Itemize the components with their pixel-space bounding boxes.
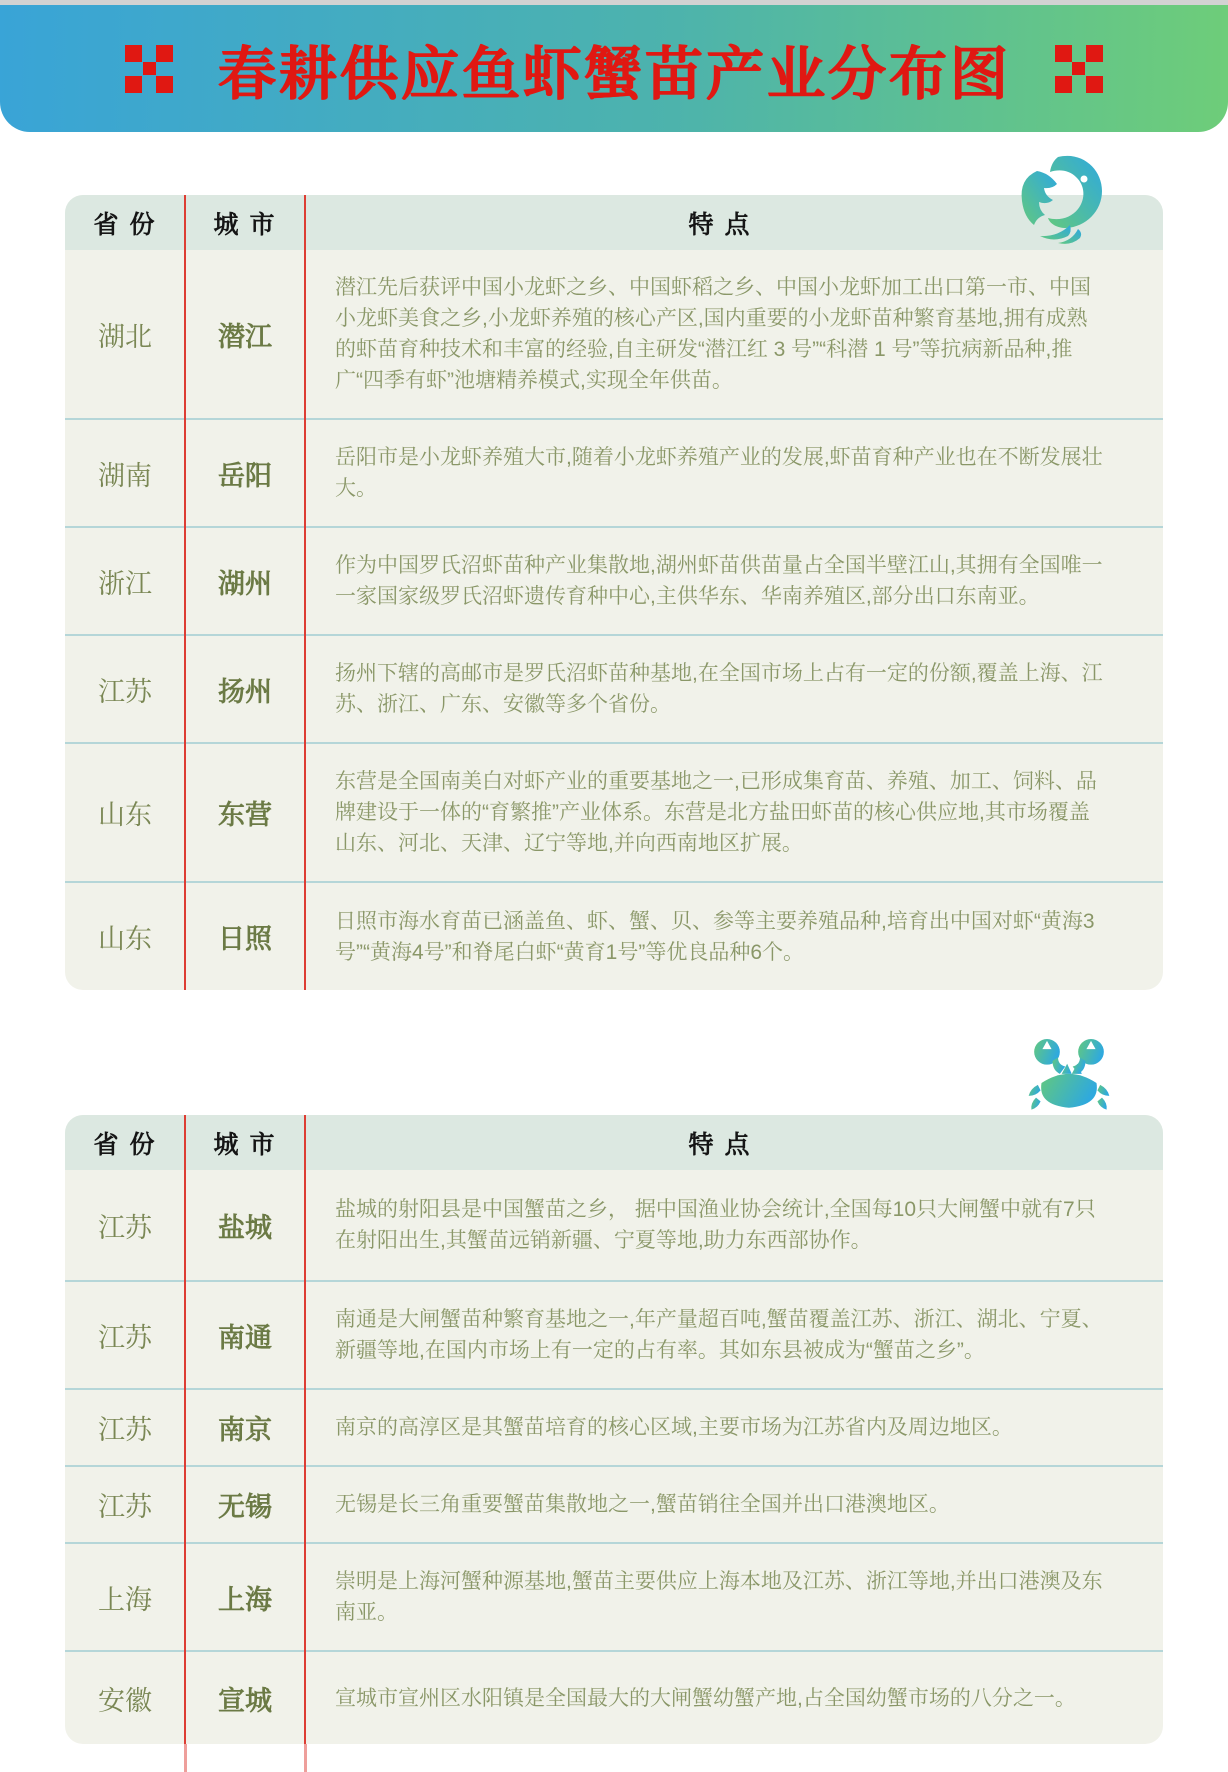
page-title: 春耕供应鱼虾蟹苗产业分布图	[217, 27, 1010, 111]
feature-cell: 作为中国罗氏沼虾苗种产业集散地,湖州虾苗供苗量占全国半壁江山,其拥有全国唯一一家…	[305, 528, 1163, 634]
feature-cell: 宣城市宣州区水阳镇是全国最大的大闸蟹幼蟹产地,占全国幼蟹市场的八分之一。	[305, 1652, 1163, 1744]
province-cell: 江苏	[65, 636, 185, 742]
dice-five-icon	[1055, 45, 1103, 93]
table-row: 江苏 扬州 扬州下辖的高邮市是罗氏沼虾苗种基地,在全国市场上占有一定的份额,覆盖…	[65, 634, 1163, 742]
province-cell: 浙江	[65, 528, 185, 634]
table-row: 浙江 湖州 作为中国罗氏沼虾苗种产业集散地,湖州虾苗供苗量占全国半壁江山,其拥有…	[65, 526, 1163, 634]
feature-cell: 东营是全国南美白对虾产业的重要基地之一,已形成集育苗、养殖、加工、饲料、品牌建设…	[305, 744, 1163, 881]
city-cell: 日照	[185, 883, 305, 990]
red-line-stub	[184, 1744, 187, 1772]
shrimp-table-section: 省 份 城 市 特 点 湖北 潜江 潜江先后获评中国小龙虾之乡、中国虾稻之乡、中…	[65, 195, 1163, 990]
red-line-stub	[304, 1744, 307, 1772]
title-banner: 春耕供应鱼虾蟹苗产业分布图	[0, 5, 1228, 132]
city-cell: 南通	[185, 1282, 305, 1388]
header-city: 城 市	[185, 195, 305, 250]
crab-table-section: 省 份 城 市 特 点 江苏 盐城 盐城的射阳县是中国蟹苗之乡， 据中国渔业协会…	[65, 1115, 1163, 1744]
shrimp-icon	[1012, 149, 1108, 245]
province-cell: 湖南	[65, 420, 185, 526]
city-cell: 南京	[185, 1390, 305, 1465]
feature-cell: 南京的高淳区是其蟹苗培育的核心区域,主要市场为江苏省内及周边地区。	[305, 1390, 1163, 1465]
crab-icon	[1025, 1027, 1113, 1117]
infographic-page: 春耕供应鱼虾蟹苗产业分布图	[0, 0, 1228, 1744]
feature-cell: 崇明是上海河蟹种源基地,蟹苗主要供应上海本地及江苏、浙江等地,并出口港澳及东南亚…	[305, 1544, 1163, 1650]
table-header-row: 省 份 城 市 特 点	[65, 1115, 1163, 1170]
table-row: 江苏 南京 南京的高淳区是其蟹苗培育的核心区域,主要市场为江苏省内及周边地区。	[65, 1388, 1163, 1465]
crab-table: 省 份 城 市 特 点 江苏 盐城 盐城的射阳县是中国蟹苗之乡， 据中国渔业协会…	[65, 1115, 1163, 1744]
table-row: 江苏 南通 南通是大闸蟹苗种繁育基地之一,年产量超百吨,蟹苗覆盖江苏、浙江、湖北…	[65, 1280, 1163, 1388]
city-cell: 扬州	[185, 636, 305, 742]
red-column-divider	[184, 195, 186, 990]
feature-cell: 扬州下辖的高邮市是罗氏沼虾苗种基地,在全国市场上占有一定的份额,覆盖上海、江苏、…	[305, 636, 1163, 742]
province-cell: 江苏	[65, 1282, 185, 1388]
table-row: 山东 日照 日照市海水育苗已涵盖鱼、虾、蟹、贝、参等主要养殖品种,培育出中国对虾…	[65, 881, 1163, 990]
table-row: 江苏 无锡 无锡是长三角重要蟹苗集散地之一,蟹苗销往全国并出口港澳地区。	[65, 1465, 1163, 1542]
city-cell: 盐城	[185, 1170, 305, 1280]
feature-cell: 盐城的射阳县是中国蟹苗之乡， 据中国渔业协会统计,全国每10只大闸蟹中就有7只在…	[305, 1170, 1163, 1280]
province-cell: 江苏	[65, 1467, 185, 1542]
header-province: 省 份	[65, 1115, 185, 1170]
city-cell: 潜江	[185, 250, 305, 418]
shrimp-table: 省 份 城 市 特 点 湖北 潜江 潜江先后获评中国小龙虾之乡、中国虾稻之乡、中…	[65, 195, 1163, 990]
red-column-divider	[304, 1115, 306, 1744]
feature-cell: 无锡是长三角重要蟹苗集散地之一,蟹苗销往全国并出口港澳地区。	[305, 1467, 1163, 1542]
feature-cell: 南通是大闸蟹苗种繁育基地之一,年产量超百吨,蟹苗覆盖江苏、浙江、湖北、宁夏、新疆…	[305, 1282, 1163, 1388]
feature-cell: 岳阳市是小龙虾养殖大市,随着小龙虾养殖产业的发展,虾苗育种产业也在不断发展壮大。	[305, 420, 1163, 526]
city-cell: 岳阳	[185, 420, 305, 526]
city-cell: 湖州	[185, 528, 305, 634]
table-row: 湖北 潜江 潜江先后获评中国小龙虾之乡、中国虾稻之乡、中国小龙虾加工出口第一市、…	[65, 250, 1163, 418]
red-column-divider	[304, 195, 306, 990]
table-row: 湖南 岳阳 岳阳市是小龙虾养殖大市,随着小龙虾养殖产业的发展,虾苗育种产业也在不…	[65, 418, 1163, 526]
city-cell: 东营	[185, 744, 305, 881]
table-row: 上海 上海 崇明是上海河蟹种源基地,蟹苗主要供应上海本地及江苏、浙江等地,并出口…	[65, 1542, 1163, 1650]
header-province: 省 份	[65, 195, 185, 250]
feature-cell: 日照市海水育苗已涵盖鱼、虾、蟹、贝、参等主要养殖品种,培育出中国对虾“黄海3号”…	[305, 883, 1163, 990]
province-cell: 江苏	[65, 1390, 185, 1465]
province-cell: 山东	[65, 744, 185, 881]
city-cell: 宣城	[185, 1652, 305, 1744]
province-cell: 安徽	[65, 1652, 185, 1744]
table-row: 山东 东营 东营是全国南美白对虾产业的重要基地之一,已形成集育苗、养殖、加工、饲…	[65, 742, 1163, 881]
province-cell: 湖北	[65, 250, 185, 418]
header-feature: 特 点	[305, 1115, 1163, 1170]
dice-five-icon	[125, 45, 173, 93]
city-cell: 上海	[185, 1544, 305, 1650]
province-cell: 上海	[65, 1544, 185, 1650]
province-cell: 江苏	[65, 1170, 185, 1280]
province-cell: 山东	[65, 883, 185, 990]
table-row: 安徽 宣城 宣城市宣州区水阳镇是全国最大的大闸蟹幼蟹产地,占全国幼蟹市场的八分之…	[65, 1650, 1163, 1744]
header-city: 城 市	[185, 1115, 305, 1170]
feature-cell: 潜江先后获评中国小龙虾之乡、中国虾稻之乡、中国小龙虾加工出口第一市、中国小龙虾美…	[305, 250, 1163, 418]
red-column-divider	[184, 1115, 186, 1744]
table-row: 江苏 盐城 盐城的射阳县是中国蟹苗之乡， 据中国渔业协会统计,全国每10只大闸蟹…	[65, 1170, 1163, 1280]
table-header-row: 省 份 城 市 特 点	[65, 195, 1163, 250]
city-cell: 无锡	[185, 1467, 305, 1542]
